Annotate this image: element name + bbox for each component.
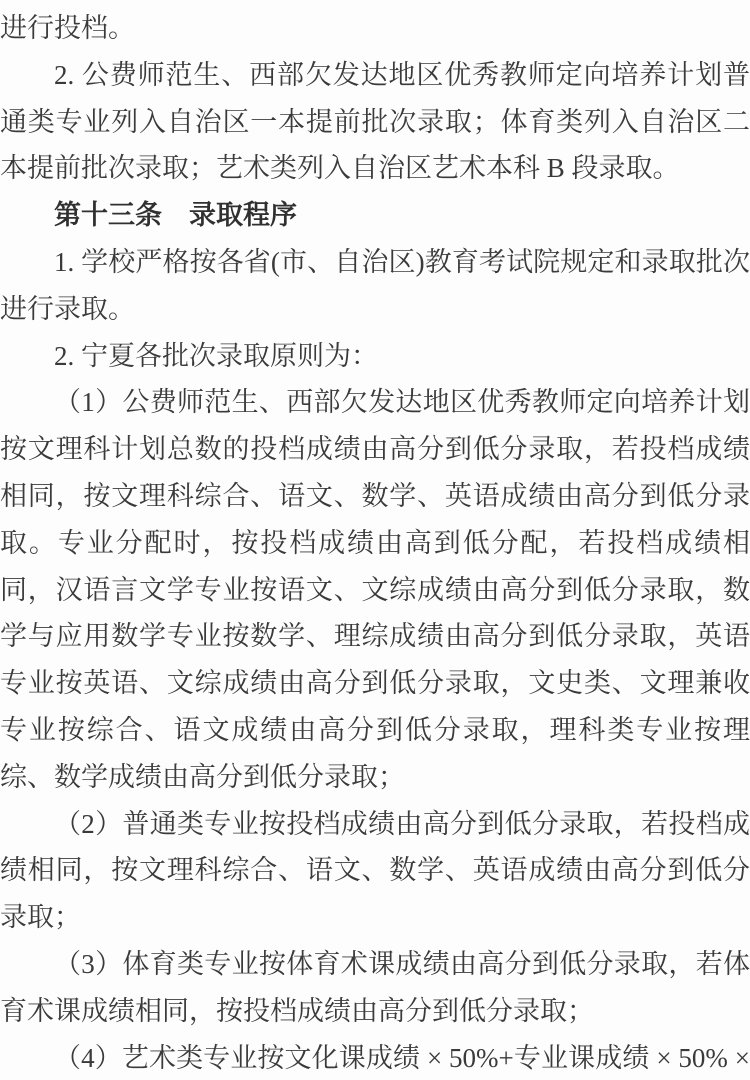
document-page: 进行投档。2. 公费师范生、西部欠发达地区优秀教师定向培养计划普通类专业列入自治… <box>0 0 750 1080</box>
document-paragraph: （1）公费师范生、西部欠发达地区优秀教师定向培养计划按文理科计划总数的投档成绩由… <box>0 379 750 800</box>
section-heading: 第十三条 录取程序 <box>0 192 750 239</box>
document-paragraph: 2. 宁夏各批次录取原则为： <box>0 333 750 380</box>
document-paragraph: 2. 公费师范生、西部欠发达地区优秀教师定向培养计划普通类专业列入自治区一本提前… <box>0 52 750 192</box>
document-paragraph: 1. 学校严格按各省(市、自治区)教育考试院规定和录取批次进行录取。 <box>0 239 750 333</box>
document-paragraph: （4）艺术类专业按文化课成绩 × 50%+专业课成绩 × 50% × <box>0 1035 750 1080</box>
document-paragraph: 进行投档。 <box>0 5 750 52</box>
document-paragraph: （2）普通类专业按投档成绩由高分到低分录取，若投档成绩相同，按文理科综合、语文、… <box>0 801 750 941</box>
document-paragraph: （3）体育类专业按体育术课成绩由高分到低分录取，若体育术课成绩相同，按投档成绩由… <box>0 941 750 1035</box>
